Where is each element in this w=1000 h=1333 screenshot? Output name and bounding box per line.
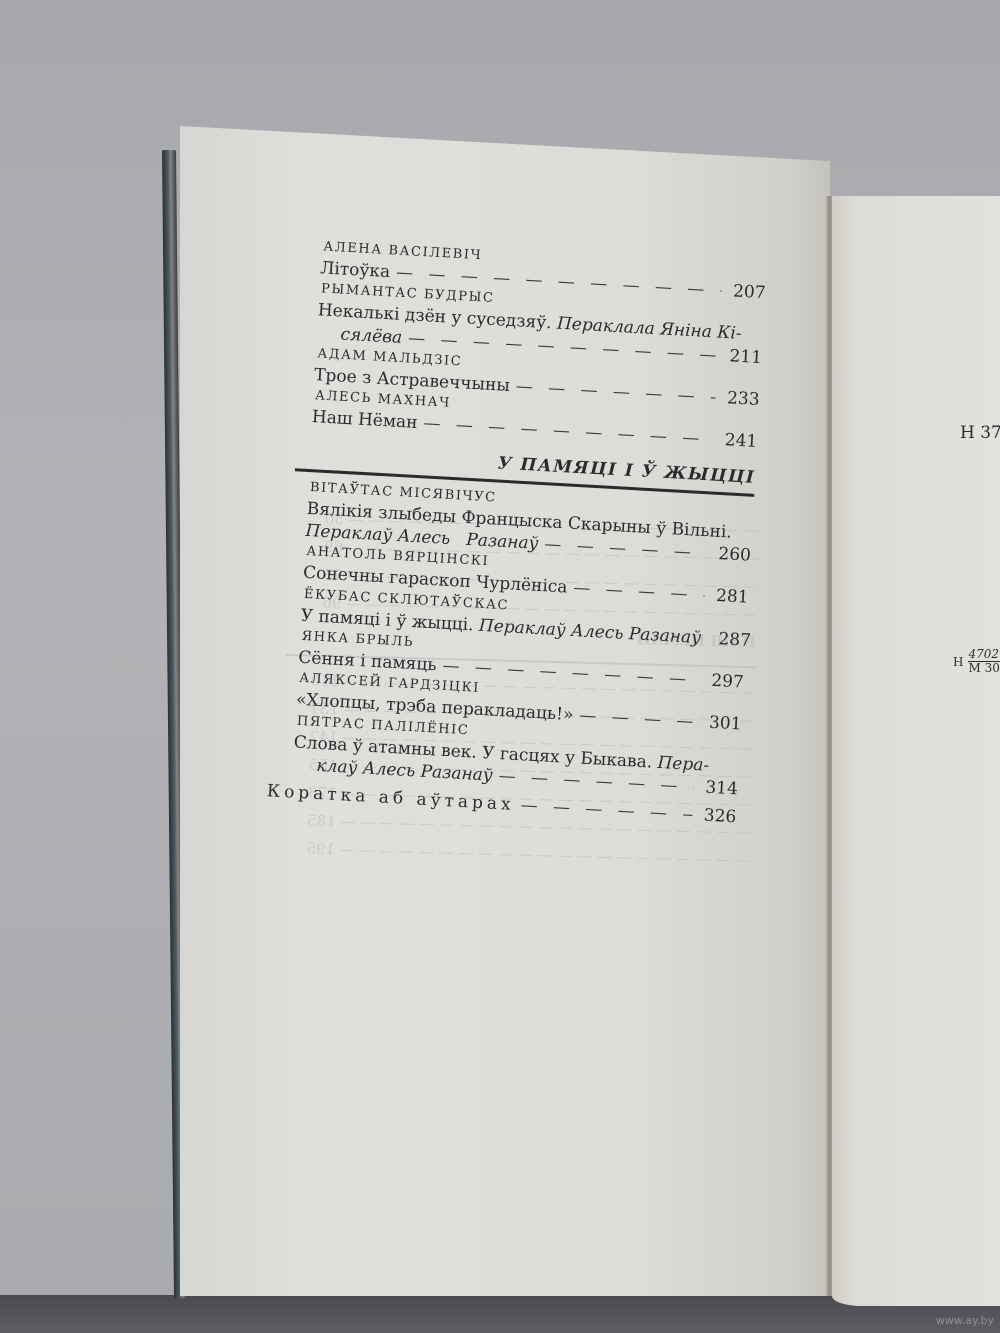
toc-leader: — — — — — — — — — — — — — — — — — — — — … (706, 627, 707, 649)
watermark: www.ay.by (936, 1314, 994, 1327)
toc-page: 211 (723, 345, 762, 369)
toc-page: 297 (705, 669, 744, 693)
fraction: 4702 М 30 (968, 648, 999, 675)
fraction-numerator: 4702 (968, 648, 999, 662)
toc-page: 281 (710, 585, 749, 609)
catalog-fraction: Н 4702 М 30 (953, 648, 1000, 675)
toc-page: 207 (727, 280, 766, 304)
toc-page: 241 (719, 429, 758, 453)
toc-translator: Пера- (657, 751, 710, 776)
toc-page: 233 (721, 387, 760, 411)
toc-title: Наш Нёман (311, 406, 418, 434)
toc-translator-cont: сялёва (340, 323, 403, 349)
catalog-code: Н 37 (960, 423, 1000, 443)
toc-page: 301 (703, 712, 742, 736)
fraction-denominator: М 30 (968, 662, 999, 675)
right-page (832, 196, 1000, 1306)
toc-page: 326 (698, 804, 737, 828)
toc-page: 260 (712, 543, 751, 567)
toc-page: 314 (699, 776, 738, 800)
fraction-prefix: Н (953, 655, 963, 669)
table-of-contents: АЛЕНА ВАСІЛЕВІЧ Літоўка — — — — — — — — … (266, 236, 767, 829)
toc-page: 287 (712, 627, 751, 651)
